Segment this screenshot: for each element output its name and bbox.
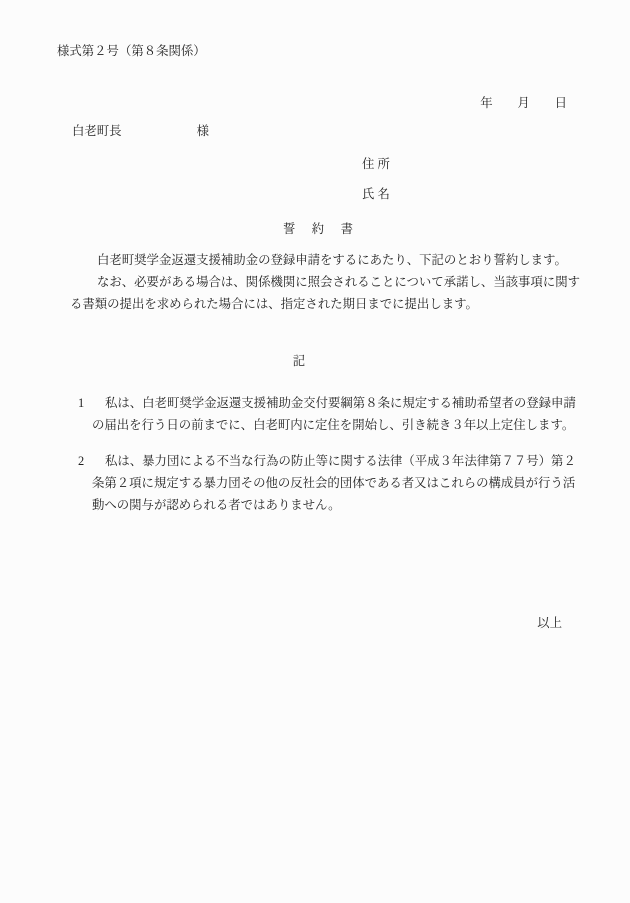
pledge-item-1: 1私は、白老町奨学金返還支援補助金交付要綱第８条に規定する補助希望者の登録申請 …: [70, 392, 576, 436]
paragraph-line: る書類の提出を求められた場合には、指定された期日までに提出します。: [70, 293, 580, 315]
item-number: 1: [78, 392, 105, 414]
opening-paragraph: 白老町奨学金返還支援補助金の登録申請をするにあたり、下記のとおり誓約します。 な…: [70, 249, 580, 315]
document-page: 様式第２号（第８条関係） 年 月 日 白老町長様 住 所 氏 名 誓 約 書 白…: [0, 0, 630, 903]
item-text: 私は、暴力団による不当な行為の防止等に関する法律（平成３年法律第７７号）第２: [105, 454, 576, 468]
paragraph-line: なお、必要がある場合は、関係機関に照会されることについて承諾し、当該事項に関す: [70, 271, 580, 293]
honorific-label: 様: [197, 120, 209, 142]
recipient-name: 白老町長: [72, 124, 122, 138]
item-number: 2: [78, 450, 105, 472]
item-text: 私は、白老町奨学金返還支援補助金交付要綱第８条に規定する補助希望者の登録申請: [105, 396, 576, 410]
item-line: の届出を行う日の前までに、白老町内に定住を開始し、引き続き３年以上定住します。: [92, 414, 576, 436]
address-label: 住 所: [362, 153, 390, 175]
ki-label: 記: [70, 350, 568, 372]
item-line: 2私は、暴力団による不当な行為の防止等に関する法律（平成３年法律第７７号）第２: [78, 450, 576, 472]
recipient-line: 白老町長様: [72, 120, 209, 142]
document-title: 誓 約 書: [70, 218, 568, 240]
name-label: 氏 名: [362, 183, 390, 205]
pledge-item-2: 2私は、暴力団による不当な行為の防止等に関する法律（平成３年法律第７７号）第２ …: [70, 450, 576, 516]
closing-label: 以上: [537, 612, 562, 634]
date-line: 年 月 日: [480, 92, 567, 114]
item-line: 1私は、白老町奨学金返還支援補助金交付要綱第８条に規定する補助希望者の登録申請: [78, 392, 576, 414]
item-line: 条第２項に規定する暴力団その他の反社会的団体である者又はこれらの構成員が行う活: [92, 472, 576, 494]
form-number: 様式第２号（第８条関係）: [57, 40, 206, 62]
item-line: 動への関与が認められる者ではありません。: [92, 494, 576, 516]
paragraph-line: 白老町奨学金返還支援補助金の登録申請をするにあたり、下記のとおり誓約します。: [70, 249, 580, 271]
